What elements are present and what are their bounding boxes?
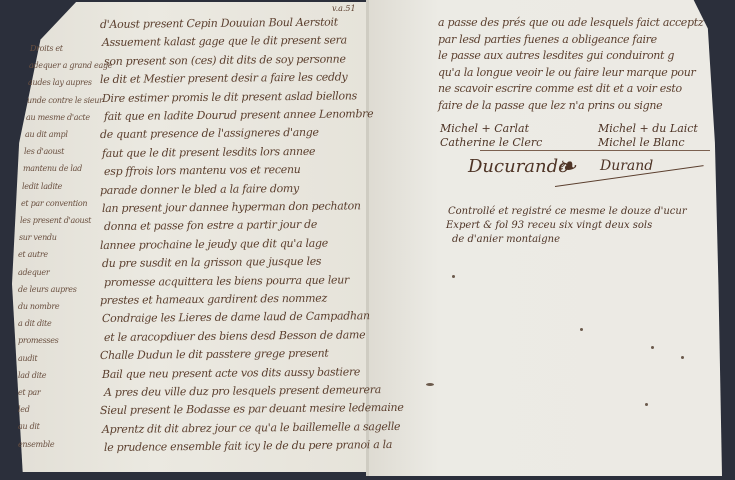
margin-note: a dit dite [18, 319, 51, 328]
ink-spot [645, 403, 648, 406]
ink-spot [651, 346, 654, 349]
ink-spot [681, 356, 684, 359]
margin-note: sur vendu [19, 233, 57, 242]
margin-note: de leurs aupres [18, 285, 77, 294]
folio-number: v.a.51 [332, 4, 356, 13]
witness-name: Michel + du Laict [598, 122, 698, 135]
margin-note: lad dite [18, 371, 46, 380]
manuscript-line: parade donner le bled a la faire domy [100, 181, 360, 197]
manuscript-line: son present son (ces) dit dits de soy pe… [104, 52, 364, 68]
margin-note: et par convention [21, 199, 87, 208]
manuscript-line: faut que le dit present lesdits lors ann… [102, 144, 362, 160]
manuscript-line: Bail que neu present acte vos dits aussy… [102, 365, 362, 381]
manuscript-line: le passe aux autres lesdites gui conduir… [438, 49, 674, 62]
manuscript-line: et le aracopdiuer des biens desd Besson … [104, 328, 364, 344]
manuscript-line: prestes et hameaux gardirent des nommez [100, 291, 360, 307]
signature-2: Durand [600, 158, 653, 174]
margin-note: les present d'aoust [20, 216, 91, 225]
ink-spot [580, 328, 583, 331]
ink-spot [452, 275, 455, 278]
manuscript-line: lannee prochaine le jeudy que dit qu'a l… [100, 236, 360, 252]
manuscript-line: d'Aoust present Cepin Douuian Boul Aerst… [100, 15, 360, 31]
manuscript-line: qu'a la longue veoir le ou faire leur ma… [438, 66, 695, 79]
margin-note: adequer a grand eage [29, 61, 112, 70]
manuscript-line: lan present jour dannee hyperman don pec… [102, 199, 362, 215]
witness-subtitle: Michel le Blanc [598, 136, 684, 149]
margin-note: du nombre [18, 302, 59, 311]
manuscript-line: Aprentz dit dit abrez jour ce qu'a le ba… [102, 420, 362, 436]
manuscript-line: par lesd parties fuenes a obligeance fai… [438, 33, 657, 46]
manuscript-line: fait que en ladite Dourud present annee … [104, 107, 364, 123]
registration-line: de d'anier montaigne [452, 234, 560, 245]
margin-note: promesses [18, 336, 58, 345]
manuscript-line: A pres deu ville duz pro lesquels presen… [104, 383, 364, 399]
margin-note: au dit ampl [25, 130, 68, 139]
margin-note: et par [18, 388, 40, 397]
manuscript-line: ne scavoir escrire comme est dit et a vo… [438, 82, 682, 95]
signature-1: Ducurando [468, 156, 569, 177]
margin-note: led [18, 405, 30, 414]
margin-note: audes lay aupres [28, 78, 92, 87]
witness-subtitle: Catherine le Clerc [440, 136, 542, 149]
signature-rule [480, 150, 710, 151]
paraph-flourish-icon: ❧ [556, 152, 576, 180]
margin-note: ensemble [18, 440, 54, 449]
margin-note: ledit ladite [22, 182, 62, 191]
registration-line: Controllé et registré ce mesme le douze … [448, 206, 687, 217]
margin-note: au mesme d'acte [26, 113, 90, 122]
margin-note: audit [18, 354, 37, 363]
margin-note: les d'aoust [24, 147, 64, 156]
manuscript-line: promesse acquittera les biens pourra que… [104, 273, 364, 289]
ink-spot [426, 383, 434, 386]
witness-name: Michel + Carlat [440, 122, 529, 135]
margin-note: Droits et [30, 44, 63, 53]
manuscript-line: Dire estimer promis le dit present aslad… [102, 89, 362, 105]
margin-note: adequer [18, 268, 49, 277]
registration-line: Expert & fol 93 receu six vingt deux sol… [446, 220, 652, 231]
margin-note: au dit [18, 422, 40, 431]
margin-note: et autre [18, 250, 48, 259]
margin-note: mantenu de lad [23, 164, 82, 173]
margin-note: unde contre le sieur [27, 96, 103, 105]
manuscript-line: a passe des prés que ou ade lesquels fai… [438, 16, 703, 29]
manuscript-line: faire de la passe que lez n'a prins ou s… [438, 99, 662, 112]
